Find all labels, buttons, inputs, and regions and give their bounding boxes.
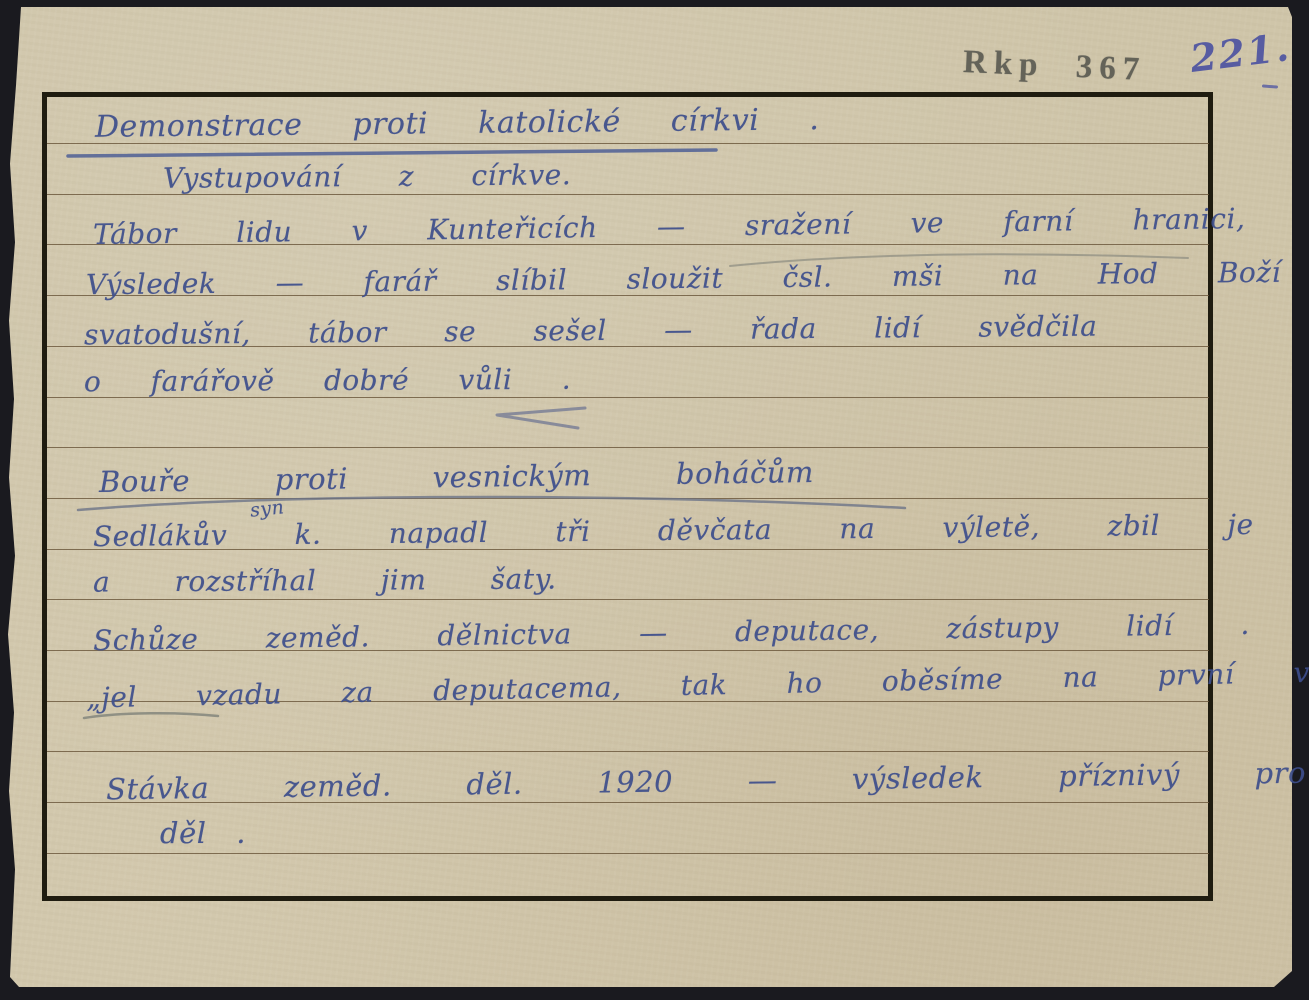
handwriting-line: Vystupování z církve. [163,158,571,195]
rule-line [47,853,1209,854]
rule-line [47,751,1209,752]
archive-stamp: Rkp 367 [962,44,1147,89]
handwriting-line: děl . [160,816,246,850]
scanned-manuscript-page: Rkp 367 221. Demonstrace proti katolické… [0,0,1309,1000]
handwriting-line: o farářově dobré vůli . [84,363,571,399]
rule-line [47,599,1209,600]
handwriting-line: a rozstříhal jim šaty. [93,562,557,598]
rule-line [47,447,1209,448]
rule-line [47,498,1209,499]
